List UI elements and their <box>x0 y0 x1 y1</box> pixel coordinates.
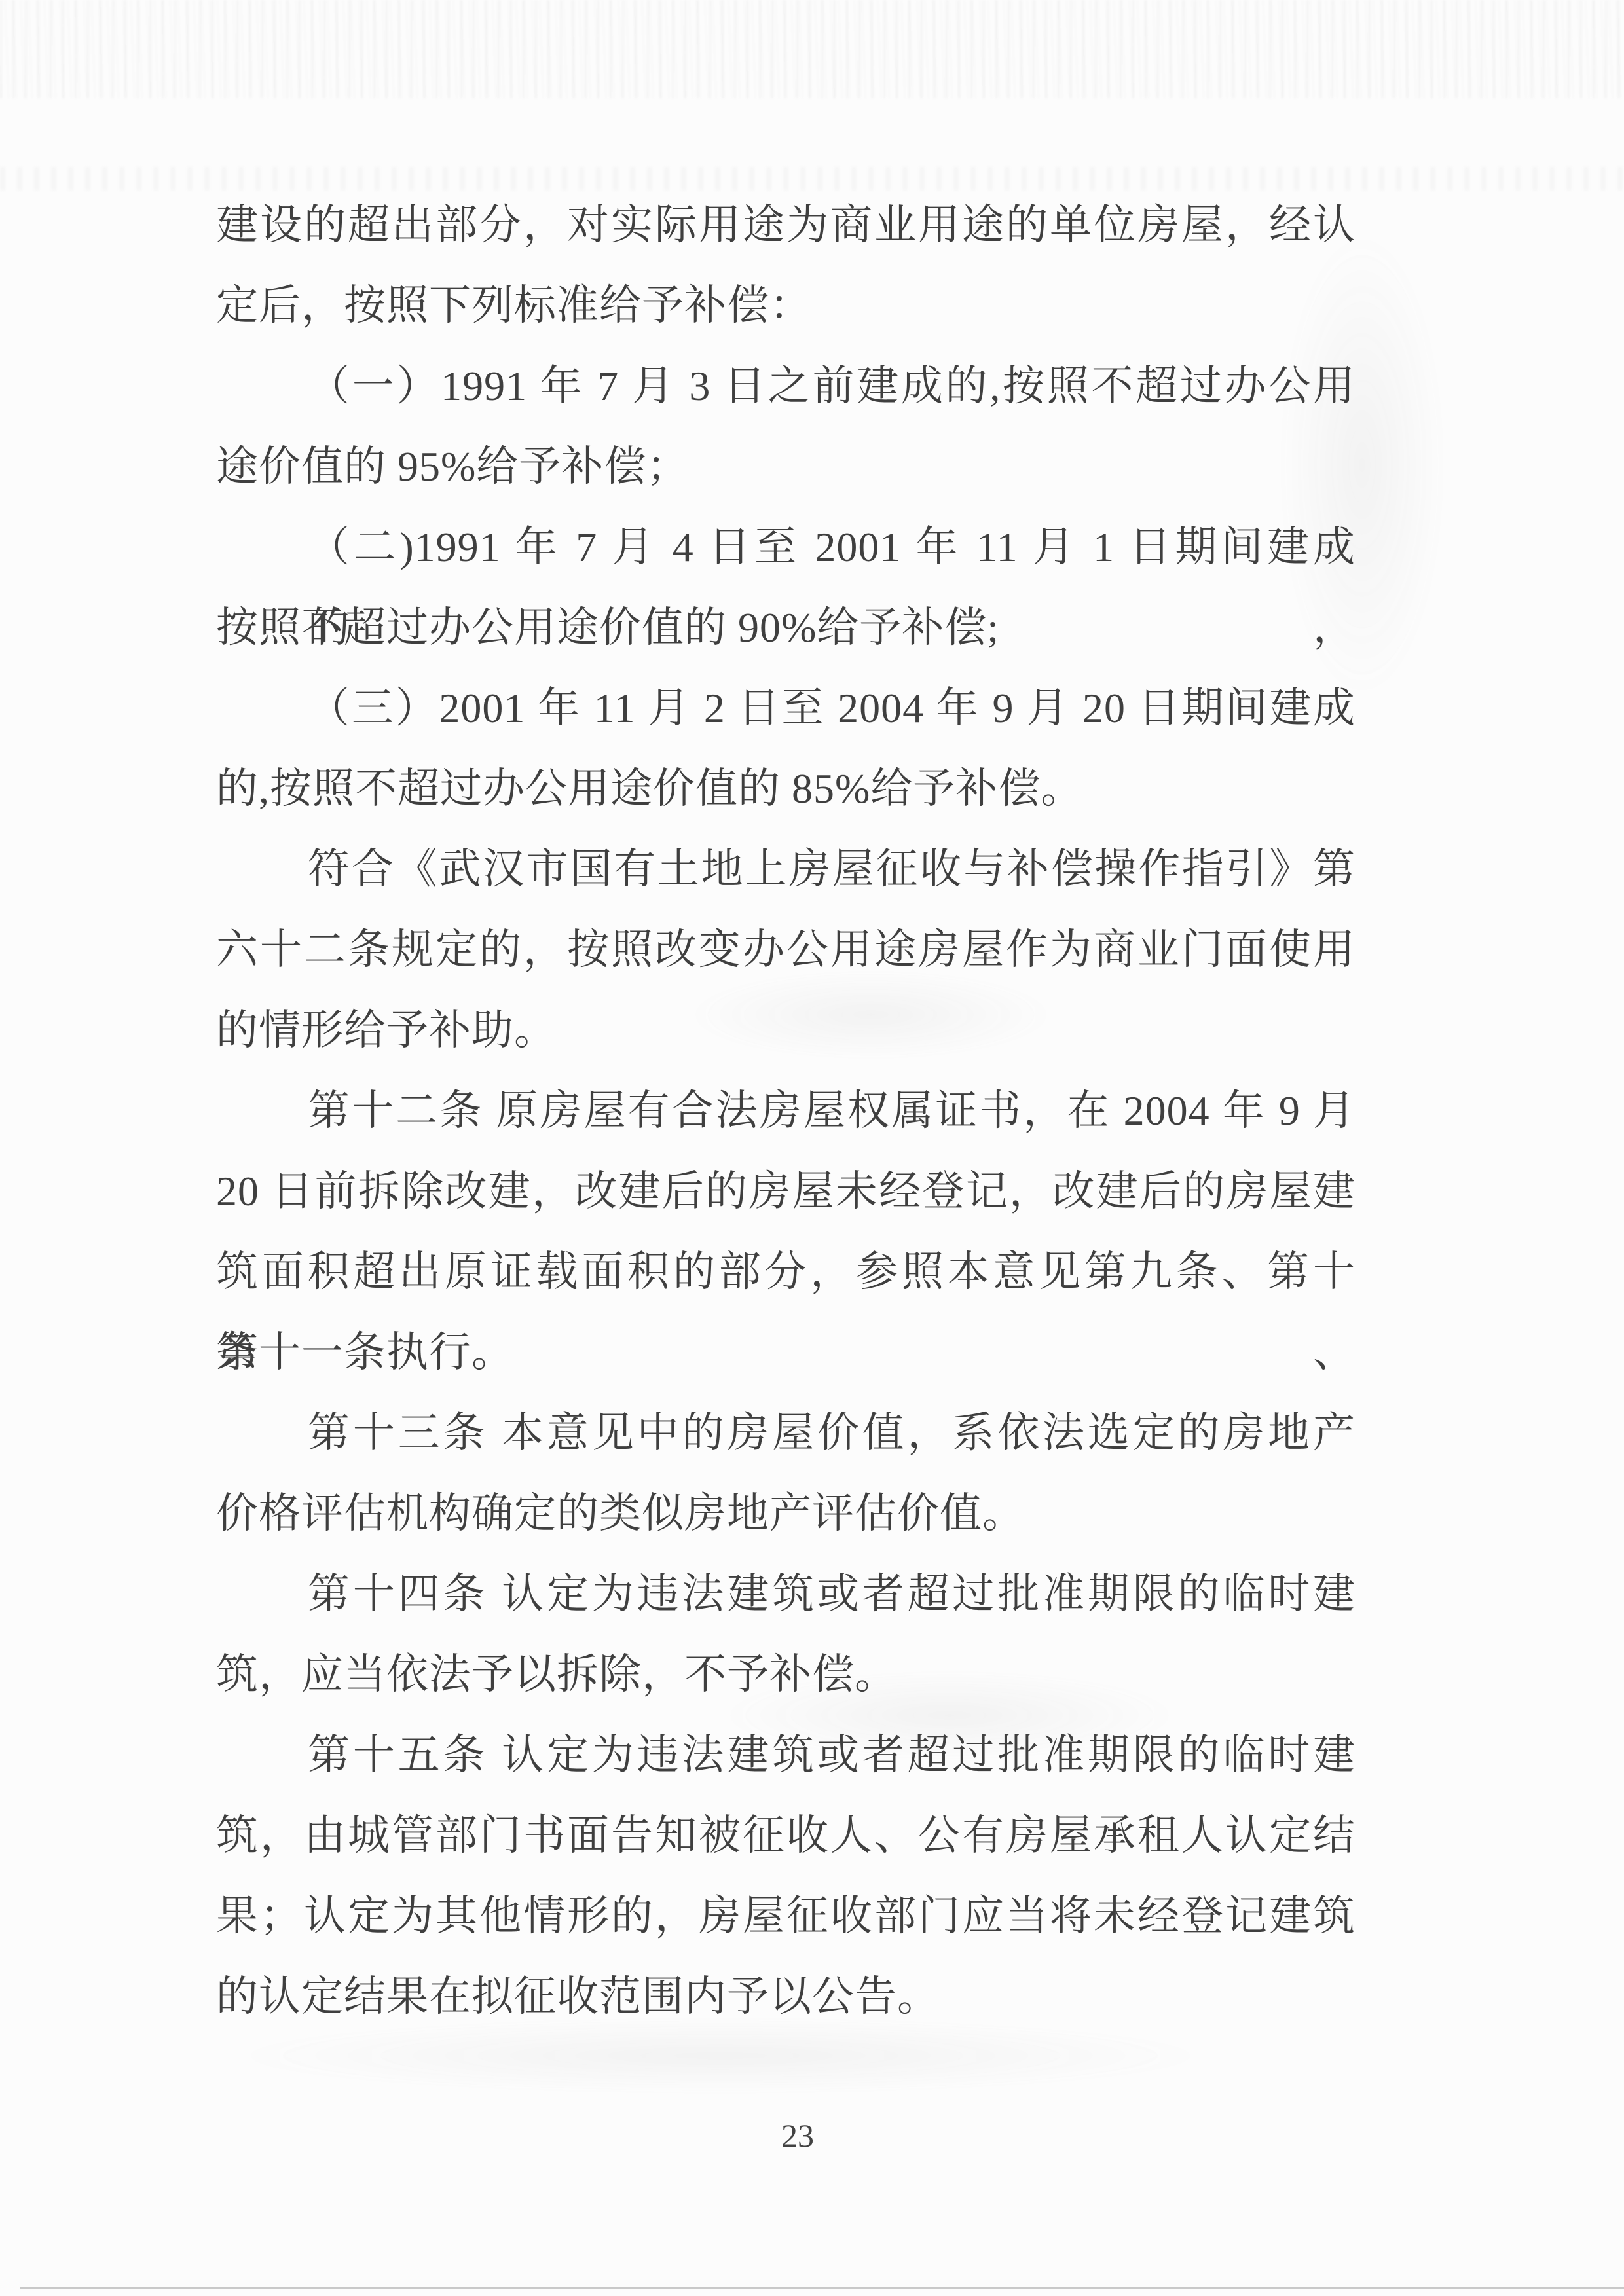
document-line: 建设的超出部分，对实际用途为商业用途的单位房屋，经认 <box>216 185 1356 265</box>
document-body: 建设的超出部分，对实际用途为商业用途的单位房屋，经认定后，按照下列标准给予补偿：… <box>216 185 1356 2037</box>
document-line: 六十二条规定的，按照改变办公用途房屋作为商业门面使用 <box>216 909 1356 990</box>
document-line: （三）2001 年 11 月 2 日至 2004 年 9 月 20 日期间建成 <box>216 668 1356 748</box>
document-line: 定后，按照下列标准给予补偿： <box>216 265 1356 346</box>
document-line: 的认定结果在拟征收范围内予以公告。 <box>216 1956 1356 2037</box>
page-number: 23 <box>0 2116 1610 2155</box>
document-line: 价格评估机构确定的类似房地产评估价值。 <box>216 1473 1356 1554</box>
scanned-document-page: 建设的超出部分，对实际用途为商业用途的单位房屋，经认定后，按照下列标准给予补偿：… <box>0 0 1624 2296</box>
document-line: 筑面积超出原证载面积的部分，参照本意见第九条、第十条、 <box>216 1231 1356 1312</box>
document-line: 途价值的 95%给予补偿； <box>216 426 1356 507</box>
document-line: 筑，由城管部门书面告知被征收人、公有房屋承租人认定结 <box>216 1795 1356 1876</box>
document-line: 的情形给予补助。 <box>216 990 1356 1070</box>
document-line: 的,按照不超过办公用途价值的 85%给予补偿。 <box>216 748 1356 829</box>
scanner-edge-line <box>20 2287 1624 2289</box>
document-line: 符合《武汉市国有土地上房屋征收与补偿操作指引》第 <box>216 829 1356 909</box>
document-line: （一）1991 年 7 月 3 日之前建成的,按照不超过办公用 <box>216 346 1356 426</box>
document-line: 果；认定为其他情形的，房屋征收部门应当将未经登记建筑 <box>216 1876 1356 1956</box>
document-line: 第十二条 原房屋有合法房屋权属证书，在 2004 年 9 月 <box>216 1070 1356 1151</box>
document-line: 第十三条 本意见中的房屋价值，系依法选定的房地产 <box>216 1393 1356 1473</box>
document-line: 筑，应当依法予以拆除，不予补偿。 <box>216 1634 1356 1715</box>
document-line: 20 日前拆除改建，改建后的房屋未经登记，改建后的房屋建 <box>216 1151 1356 1231</box>
document-line: 第十四条 认定为违法建筑或者超过批准期限的临时建 <box>216 1554 1356 1634</box>
document-line: （二)1991 年 7 月 4 日至 2001 年 11 月 1 日期间建成的， <box>216 507 1356 587</box>
document-line: 第十五条 认定为违法建筑或者超过批准期限的临时建 <box>216 1715 1356 1795</box>
bleedthrough-artifact <box>0 0 1624 98</box>
